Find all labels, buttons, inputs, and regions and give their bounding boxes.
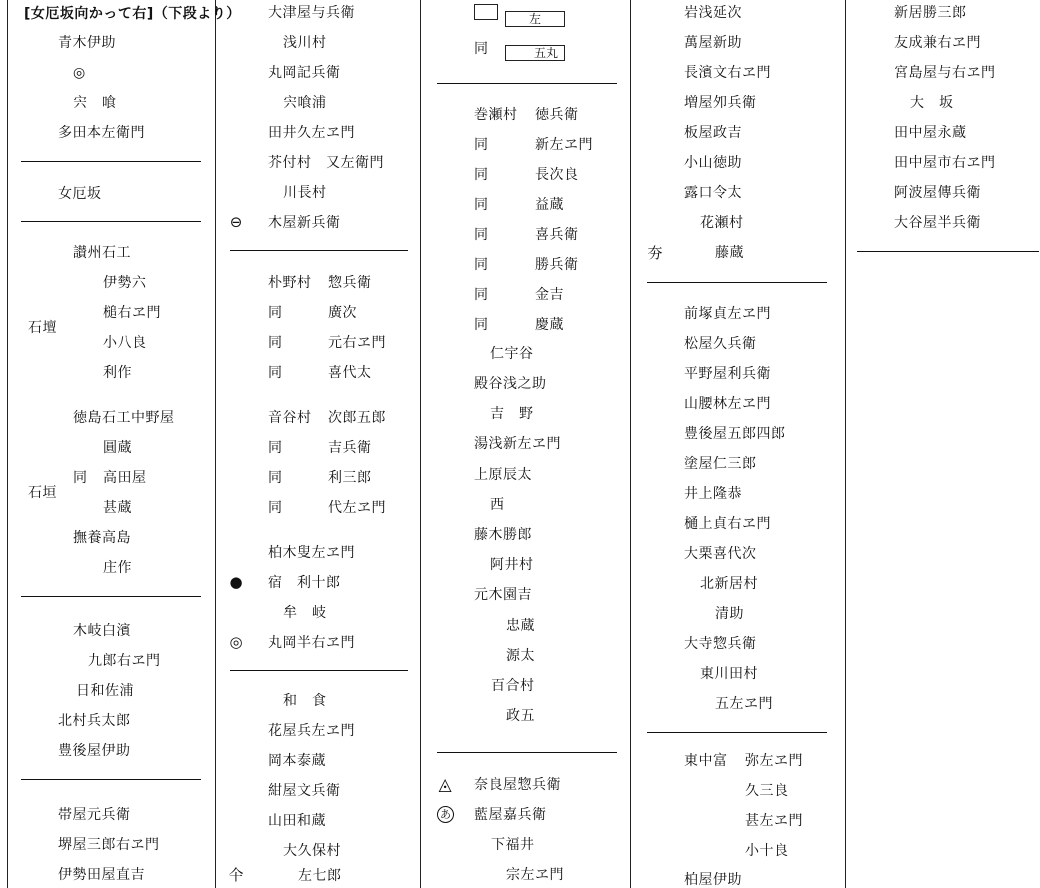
donor-name: 田中屋永蔵 bbox=[894, 124, 967, 142]
divider bbox=[437, 83, 617, 84]
donor-name: 松屋久兵衛 bbox=[684, 335, 757, 353]
donor-name: 上原辰太 bbox=[474, 466, 532, 484]
donor-name: 九郎右ヱ門 bbox=[88, 652, 161, 670]
divider bbox=[21, 596, 201, 597]
donor-name: 柏木叟左ヱ門 bbox=[268, 544, 355, 562]
place-name: 大 坂 bbox=[910, 94, 954, 112]
category-label: 石垣 bbox=[28, 484, 57, 502]
village-name: 大久保村 bbox=[283, 842, 341, 860]
a-circle-mark-icon: あ bbox=[437, 806, 454, 823]
donor-name: 宿 利十郎 bbox=[268, 574, 341, 592]
donor-name: 田井久左ヱ門 bbox=[268, 124, 355, 142]
place-name: 下福井 bbox=[491, 836, 535, 854]
ditto-mark: 同 bbox=[268, 469, 283, 487]
inscription-box: 左 bbox=[505, 11, 565, 27]
ditto-mark: 同 bbox=[474, 316, 489, 334]
donor-name: 源太 bbox=[506, 647, 535, 665]
donor-name: 丸岡半右ヱ門 bbox=[268, 634, 355, 652]
place-name: 浅川村 bbox=[283, 34, 327, 52]
donor-name: 北村兵太郎 bbox=[58, 712, 131, 730]
section-header: [女厄坂向かって右]（下段より） bbox=[24, 5, 241, 23]
village-name: 巻瀬村 bbox=[474, 106, 518, 124]
place-name: 西 bbox=[490, 496, 505, 514]
donor-name: 小八良 bbox=[103, 334, 147, 352]
donor-name: 岩浅延次 bbox=[684, 4, 742, 22]
donor-name: 岡本泰蔵 bbox=[268, 752, 326, 770]
donor-name: 伊勢六 bbox=[103, 274, 147, 292]
donor-name: 山腰林左ヱ門 bbox=[684, 395, 771, 413]
blank-box-icon bbox=[474, 4, 498, 20]
ditto-mark: 同 bbox=[474, 226, 489, 244]
donor-name: 清助 bbox=[715, 605, 744, 623]
donor-name: 小山徳助 bbox=[684, 154, 742, 172]
donor-name: 塗屋仁三郎 bbox=[684, 455, 757, 473]
divider bbox=[230, 670, 408, 671]
village-name: 北新居村 bbox=[700, 575, 758, 593]
village-name: 朴野村 bbox=[268, 274, 312, 292]
donor-name: 元右ヱ門 bbox=[328, 334, 386, 352]
ditto-mark: 同 bbox=[474, 166, 489, 184]
ditto-mark: 同 bbox=[474, 40, 489, 58]
ditto-mark: 同 bbox=[474, 286, 489, 304]
minus-circle-mark-icon: ⊖ bbox=[226, 213, 246, 231]
donor-name: 豊後屋伊助 bbox=[58, 742, 131, 760]
ditto-mark: 同 bbox=[268, 334, 283, 352]
village-name: 阿井村 bbox=[490, 556, 534, 574]
divider bbox=[647, 282, 827, 283]
donor-name: 新左ヱ門 bbox=[535, 136, 593, 154]
donor-name: 金吉 bbox=[535, 286, 564, 304]
divider bbox=[21, 161, 201, 162]
donor-name: 惣兵衛 bbox=[328, 274, 372, 292]
donor-name: 左七郎 bbox=[298, 867, 342, 885]
donor-name: 徳兵衛 bbox=[535, 106, 579, 124]
donor-name: 木屋新兵衛 bbox=[268, 214, 341, 232]
swirl-mark-icon: ● bbox=[226, 573, 246, 591]
donor-name: 多田本左衛門 bbox=[58, 124, 145, 142]
ditto-mark: 同 bbox=[268, 364, 283, 382]
village-name: 花瀬村 bbox=[700, 214, 744, 232]
donor-name: 露口令太 bbox=[684, 184, 742, 202]
donor-name: 吉兵衛 bbox=[328, 439, 372, 457]
donor-name: 大栗喜代次 bbox=[684, 545, 757, 563]
donor-name: 殿谷浅之助 bbox=[474, 375, 547, 393]
donor-name: 大寺惣兵衛 bbox=[684, 635, 757, 653]
donor-name: 新居勝三郎 bbox=[894, 4, 967, 22]
donor-name: 慶蔵 bbox=[535, 316, 564, 334]
donor-name: 喜兵衛 bbox=[535, 226, 579, 244]
donor-name: 藍屋嘉兵衛 bbox=[474, 806, 547, 824]
donor-name: 帯屋元兵衛 bbox=[58, 806, 131, 824]
donor-name: 勝兵衛 bbox=[535, 256, 579, 274]
donor-name: 長次良 bbox=[535, 166, 579, 184]
donor-name: 久三良 bbox=[745, 782, 789, 800]
donor-name: 板屋政吉 bbox=[684, 124, 742, 142]
donor-name: 紺屋文兵衛 bbox=[268, 782, 341, 800]
donor-name: 伊勢田屋直吉 bbox=[58, 866, 145, 884]
group-label: 讃州石工 bbox=[73, 244, 131, 262]
group-label: 徳島石工中野屋 bbox=[73, 409, 175, 427]
donor-name: 奈良屋惣兵衛 bbox=[474, 776, 561, 794]
donor-name: 喜代太 bbox=[328, 364, 372, 382]
donor-name: 藤木勝郎 bbox=[474, 526, 532, 544]
donor-name: 青木伊助 bbox=[58, 34, 116, 52]
place-name: 牟 岐 bbox=[283, 604, 327, 622]
triangle-circle-mark-icon: ◬ bbox=[435, 776, 455, 794]
donor-name: 利作 bbox=[103, 364, 132, 382]
donor-name: 庄作 bbox=[103, 559, 132, 577]
village-name: 音谷村 bbox=[268, 409, 312, 427]
donor-name: 堺屋三郎右ヱ門 bbox=[58, 836, 160, 854]
ditto-mark: 同 bbox=[474, 256, 489, 274]
donor-name: 利三郎 bbox=[328, 469, 372, 487]
donor-name: 大谷屋半兵衛 bbox=[894, 214, 981, 232]
divider bbox=[857, 251, 1039, 252]
donor-name: 廣次 bbox=[328, 304, 357, 322]
place-name: 女厄坂 bbox=[58, 185, 102, 203]
donor-name: 阿波屋傳兵衛 bbox=[894, 184, 981, 202]
village-name: 東川田村 bbox=[700, 665, 758, 683]
place-name: 日和佐浦 bbox=[76, 682, 134, 700]
donor-name: 井上隆恭 bbox=[684, 485, 742, 503]
roof-seven-mark-icon: 仐 bbox=[226, 866, 246, 884]
donor-name: 花屋兵左ヱ門 bbox=[268, 722, 355, 740]
village-name: 百合村 bbox=[491, 677, 535, 695]
donor-name: 甚左ヱ門 bbox=[745, 812, 803, 830]
place-name: 宍 喰 bbox=[73, 94, 117, 112]
inscription-box: 五丸 bbox=[505, 45, 565, 61]
donor-name: 丸岡記兵衛 bbox=[268, 64, 341, 82]
place-name: 木岐白濱 bbox=[73, 622, 131, 640]
donor-name: 五左ヱ門 bbox=[715, 695, 773, 713]
divider bbox=[21, 779, 201, 780]
donor-name: 萬屋新助 bbox=[684, 34, 742, 52]
donor-name: 前塚貞左ヱ門 bbox=[684, 305, 771, 323]
place-name: 仁宇谷 bbox=[490, 345, 534, 363]
kou-mark-icon: 夯 bbox=[645, 244, 665, 262]
donor-name: 山田和蔵 bbox=[268, 812, 326, 830]
place-name: 宍喰浦 bbox=[283, 94, 327, 112]
double-circle-mark-icon: ◎ bbox=[73, 64, 86, 82]
donor-name: 次郎五郎 bbox=[328, 409, 386, 427]
donor-name: 増屋夘兵衛 bbox=[684, 94, 757, 112]
donor-name: 長濱文右ヱ門 bbox=[684, 64, 771, 82]
ditto-mark: 同 bbox=[268, 499, 283, 517]
donor-name: 柏屋伊助 bbox=[684, 871, 742, 888]
divider bbox=[437, 752, 617, 753]
double-diamond-mark-icon: ◎ bbox=[226, 633, 246, 651]
donor-name: 弥左ヱ門 bbox=[745, 752, 803, 770]
donor-name: 甚蔵 bbox=[103, 499, 132, 517]
category-label: 石壇 bbox=[28, 319, 57, 337]
divider bbox=[230, 250, 408, 251]
group-label: 撫養高島 bbox=[73, 529, 131, 547]
donor-name: 元木園吉 bbox=[474, 586, 532, 604]
ditto-mark: 同 bbox=[474, 136, 489, 154]
divider bbox=[647, 732, 827, 733]
donor-name: 槌右ヱ門 bbox=[103, 304, 161, 322]
donor-name: 平野屋利兵衛 bbox=[684, 365, 771, 383]
village-name: 東中富 bbox=[684, 752, 728, 770]
place-name: 吉 野 bbox=[490, 405, 534, 423]
donor-name: 芥付村 又左衛門 bbox=[268, 154, 384, 172]
place-name: 和 食 bbox=[283, 692, 327, 710]
donor-name: 忠蔵 bbox=[506, 617, 535, 635]
donor-name: 代左ヱ門 bbox=[328, 499, 386, 517]
divider bbox=[21, 221, 201, 222]
inscription-text: 五丸 bbox=[534, 46, 558, 60]
ditto-mark: 同 bbox=[268, 439, 283, 457]
place-name: 川長村 bbox=[283, 184, 327, 202]
donor-name: 政五 bbox=[506, 707, 535, 725]
donor-name: 友成兼右ヱ門 bbox=[894, 34, 981, 52]
donor-name: 田中屋市右ヱ門 bbox=[894, 154, 996, 172]
inscription-text: 左 bbox=[529, 12, 541, 26]
ditto-mark: 同 bbox=[268, 304, 283, 322]
donor-name: 樋上貞右ヱ門 bbox=[684, 515, 771, 533]
donor-name: 小十良 bbox=[745, 842, 789, 860]
donor-name: 高田屋 bbox=[103, 469, 147, 487]
donor-name: 藤蔵 bbox=[715, 244, 744, 262]
donor-name: 湯浅新左ヱ門 bbox=[474, 435, 561, 453]
donor-name: 大津屋与兵衛 bbox=[268, 4, 355, 22]
donor-name: 豊後屋五郎四郎 bbox=[684, 425, 786, 443]
ditto-mark: 同 bbox=[474, 196, 489, 214]
donor-name: 宮島屋与右ヱ門 bbox=[894, 64, 996, 82]
donor-name: 圓蔵 bbox=[103, 439, 132, 457]
donor-name: 宗左ヱ門 bbox=[506, 866, 564, 884]
donor-name: 益蔵 bbox=[535, 196, 564, 214]
ditto-mark: 同 bbox=[73, 469, 88, 487]
